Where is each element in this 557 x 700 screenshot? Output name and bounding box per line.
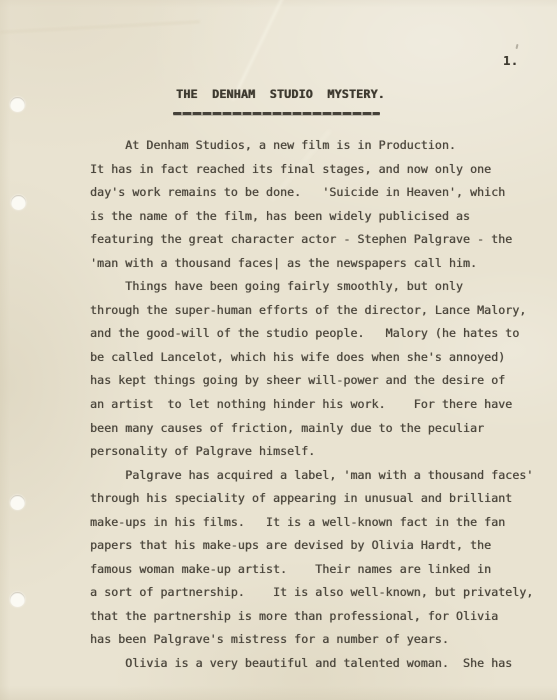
text-line: and the good-will of the studio people. … — [90, 322, 533, 346]
ink-speck — [515, 44, 518, 49]
paper-crease — [232, 0, 286, 100]
text-line: papers that his make-ups are devised by … — [90, 534, 533, 558]
punch-hole — [10, 495, 25, 510]
text-line: a sort of partnership. It is also well-k… — [90, 581, 533, 605]
text-line: has kept things going by sheer will-powe… — [90, 369, 533, 393]
text-line: At Denham Studios, a new film is in Prod… — [90, 134, 533, 158]
text-line: personality of Palgrave himself. — [90, 440, 533, 464]
page-number: 1. — [503, 54, 518, 68]
typewritten-page: 1. THE DENHAM STUDIO MYSTERY. At Denham … — [0, 0, 557, 700]
text-line: Palgrave has acquired a label, 'man with… — [90, 464, 533, 488]
text-line: day's work remains to be done. 'Suicide … — [90, 181, 533, 205]
text-line: It has in fact reached its final stages,… — [90, 158, 533, 182]
document-body: At Denham Studios, a new film is in Prod… — [90, 134, 533, 676]
text-line: Olivia is a very beautiful and talented … — [90, 652, 533, 676]
title-underline — [173, 112, 380, 115]
text-line: featuring the great character actor - St… — [90, 228, 533, 252]
punch-hole — [10, 592, 25, 607]
text-line: through his speciality of appearing in u… — [90, 487, 533, 511]
text-line: Things have been going fairly smoothly, … — [90, 275, 533, 299]
text-line: been many causes of friction, mainly due… — [90, 417, 533, 441]
text-line: through the super-human efforts of the d… — [90, 299, 533, 323]
punch-hole — [10, 97, 25, 112]
text-line: that the partnership is more than profes… — [90, 605, 533, 629]
text-line: be called Lancelot, which his wife does … — [90, 346, 533, 370]
text-line: is the name of the film, has been widely… — [90, 205, 533, 229]
text-line: 'man with a thousand faces| as the newsp… — [90, 252, 533, 276]
document-title: THE DENHAM STUDIO MYSTERY. — [176, 87, 385, 101]
text-line: make-ups in his films. It is a well-know… — [90, 511, 533, 535]
text-line: famous woman make-up artist. Their names… — [90, 558, 533, 582]
text-line: an artist to let nothing hinder his work… — [90, 393, 533, 417]
punch-hole — [11, 195, 26, 210]
paper-crease — [0, 21, 200, 33]
text-line: has been Palgrave's mistress for a numbe… — [90, 628, 533, 652]
